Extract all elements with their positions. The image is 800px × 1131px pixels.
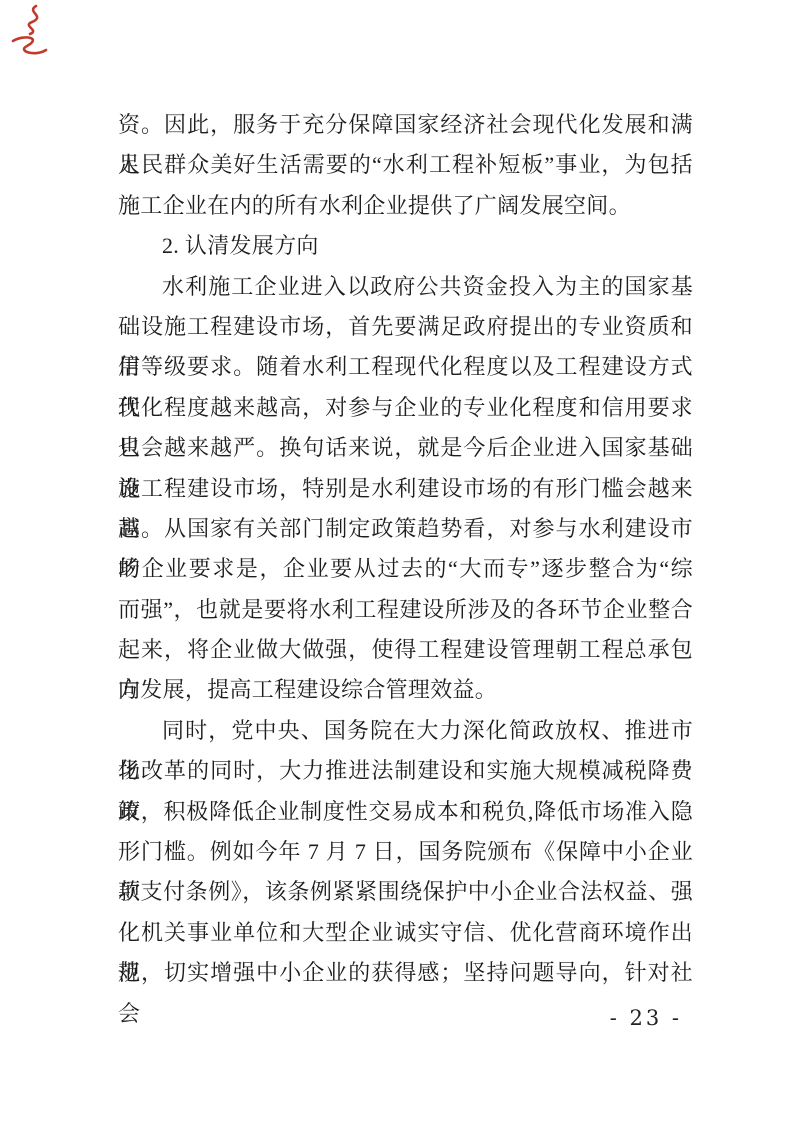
red-pen-scribble xyxy=(5,3,53,63)
page-number: - 23 - xyxy=(610,1006,682,1030)
text-line: 形门槛。例如今年 7 月 7 日，国务院颁布《保障中小企业款 xyxy=(118,832,693,872)
red-pen-scribble-stroke-top xyxy=(29,6,37,34)
text-line: 而强”，也就是要将水利工程建设所涉及的各环节企业整合 xyxy=(118,590,693,630)
text-line: 化改革的同时，大力推进法制建设和实施大规模减税降费政 xyxy=(118,751,693,791)
text-line: 人民群众美好生活需要的“水利工程补短板”事业，为包括 xyxy=(118,145,693,185)
text-line: 础设施工程建设市场，首先要满足政府提出的专业资质和信 xyxy=(118,307,693,347)
text-line: 用等级要求。随着水利工程现代化程度以及工程建设方式现 xyxy=(118,347,693,387)
text-line: 只会越来越严。换句话来说，就是今后企业进入国家基础设 xyxy=(118,428,693,468)
section-heading: 2. 认清发展方向 xyxy=(118,226,693,266)
text-line: 代化程度越来越高，对参与企业的专业化程度和信用要求也 xyxy=(118,388,693,428)
text-line: 范，切实增强中小企业的获得感；坚持问题导向，针对社会 xyxy=(118,953,693,993)
text-line: 施工程建设市场，特别是水利建设市场的有形门槛会越来越 xyxy=(118,469,693,509)
document-page: 资。因此，服务于充分保障国家经济社会现代化发展和满足 人民群众美好生活需要的“水… xyxy=(0,0,800,1131)
red-pen-scribble-stroke-bottom xyxy=(13,37,46,53)
text-line: 施工企业在内的所有水利企业提供了广阔发展空间。 xyxy=(118,186,693,226)
text-line: 的企业要求是，企业要从过去的“大而专”逐步整合为“综 xyxy=(118,549,693,589)
body-text: 资。因此，服务于充分保障国家经济社会现代化发展和满足 人民群众美好生活需要的“水… xyxy=(118,105,693,994)
text-line: 起来，将企业做大做强，使得工程建设管理朝工程总承包方 xyxy=(118,630,693,670)
text-line: 同时，党中央、国务院在大力深化简政放权、推进市场 xyxy=(118,711,693,751)
text-line: 向发展，提高工程建设综合管理效益。 xyxy=(118,670,693,710)
text-line: 水利施工企业进入以政府公共资金投入为主的国家基 xyxy=(118,267,693,307)
text-line: 策，积极降低企业制度性交易成本和税负,降低市场准入隐 xyxy=(118,792,693,832)
text-line: 高。从国家有关部门制定政策趋势看，对参与水利建设市场 xyxy=(118,509,693,549)
text-line: 项支付条例》，该条例紧紧围绕保护中小企业合法权益、强 xyxy=(118,872,693,912)
text-line: 资。因此，服务于充分保障国家经济社会现代化发展和满足 xyxy=(118,105,693,145)
text-line: 化机关事业单位和大型企业诚实守信、优化营商环境作出规 xyxy=(118,913,693,953)
